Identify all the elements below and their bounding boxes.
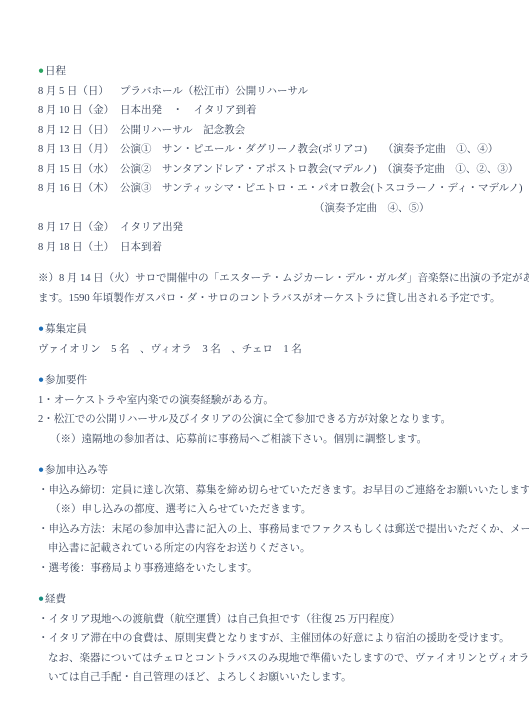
requirements-heading-label: 参加要件 bbox=[45, 375, 87, 386]
expenses-line: ・イタリア滞在中の食費は、原則実費となりますが、主催団体の好意により宿泊の援助を… bbox=[38, 629, 503, 649]
bullet-icon: ● bbox=[38, 320, 44, 340]
section-requirements: ●参加要件 1・オーケストラや室内楽での演奏経験がある方。 2・松江での公開リハ… bbox=[38, 371, 503, 449]
expenses-heading-label: 経費 bbox=[45, 594, 66, 605]
schedule-date: 8 月 12 日（日） bbox=[38, 121, 120, 141]
section-gap bbox=[38, 449, 503, 461]
schedule-event: 公演① サン・ピエール・ダグリーノ教会(ポリアコ) （演奏予定曲 ①、④） bbox=[120, 144, 498, 155]
expenses-line-continuation: いては自己手配・自己管理のほど、よろしくお願いいたします。 bbox=[38, 668, 503, 688]
recruitment-heading-label: 募集定員 bbox=[45, 324, 87, 335]
section-application: ●参加申込み等 ・申込み締切：定員に達し次第、募集を締め切らせていただきます。お… bbox=[38, 461, 503, 578]
requirements-note-line: （※）遠隔地の参加者は、応募前に事務局へご相談下さい。個別に調整します。 bbox=[38, 430, 503, 450]
bullet-icon: ● bbox=[38, 62, 44, 82]
schedule-date: 8 月 10 日（金） bbox=[38, 101, 120, 121]
schedule-heading-label: 日程 bbox=[45, 66, 66, 77]
schedule-event: 日本出発 ・ イタリア到着 bbox=[120, 105, 257, 116]
schedule-heading: ●日程 bbox=[38, 62, 503, 82]
requirements-heading: ●参加要件 bbox=[38, 371, 503, 391]
schedule-row: 8 月 5 日（日）プラバホール（松江市）公開リハーサル bbox=[38, 82, 503, 102]
application-line: ・申込み締切：定員に達し次第、募集を締め切らせていただきます。お早目のご連絡をお… bbox=[38, 481, 503, 501]
schedule-row-continuation: （演奏予定曲 ④、⑤） bbox=[38, 199, 503, 219]
application-heading-label: 参加申込み等 bbox=[45, 465, 108, 476]
application-line-continuation: 申込書に記載されている所定の内容をお送りください。 bbox=[38, 539, 503, 559]
schedule-row: 8 月 18 日（土）日本到着 bbox=[38, 238, 503, 258]
requirements-line: 2・松江での公開リハーサル及びイタリアの公演に全て参加できる方が対象となります。 bbox=[38, 410, 503, 430]
section-expenses: ●経費 ・イタリア現地への渡航費（航空運賃）は自己負担です（往復 25 万円程度… bbox=[38, 590, 503, 688]
schedule-event: プラバホール（松江市）公開リハーサル bbox=[120, 86, 308, 97]
section-gap bbox=[38, 578, 503, 590]
schedule-event: 公開リハーサル 記念教会 bbox=[120, 125, 245, 136]
bullet-icon: ● bbox=[38, 371, 44, 391]
document-page: ●日程 8 月 5 日（日）プラバホール（松江市）公開リハーサル 8 月 10 … bbox=[0, 0, 529, 720]
schedule-event: イタリア出発 bbox=[120, 222, 183, 233]
schedule-row: 8 月 10 日（金）日本出発 ・ イタリア到着 bbox=[38, 101, 503, 121]
schedule-event: （演奏予定曲 ④、⑤） bbox=[314, 203, 430, 214]
schedule-note-line: ます。1590 年頃製作ガスパロ・ダ・サロのコントラバスがオーケストラに貸し出さ… bbox=[38, 289, 503, 309]
application-line: ・申込み方法：末尾の参加申込書に記入の上、事務局までファクスもしくは郵送で提出い… bbox=[38, 520, 503, 540]
recruitment-line: ヴァイオリン 5 名 、ヴィオラ 3 名 、チェロ 1 名 bbox=[38, 340, 503, 360]
requirements-line: 1・オーケストラや室内楽での演奏経験がある方。 bbox=[38, 391, 503, 411]
expenses-heading: ●経費 bbox=[38, 590, 503, 610]
expenses-line-continuation: なお、楽器についてはチェロとコントラバスのみ現地で準備いたしますので、ヴァイオリ… bbox=[38, 649, 503, 669]
schedule-date: 8 月 13 日（月） bbox=[38, 140, 120, 160]
schedule-date: 8 月 5 日（日） bbox=[38, 82, 120, 102]
schedule-date: 8 月 18 日（土） bbox=[38, 238, 120, 258]
schedule-event: 日本到着 bbox=[120, 242, 162, 253]
bullet-icon: ● bbox=[38, 590, 44, 610]
schedule-row: 8 月 13 日（月）公演① サン・ピエール・ダグリーノ教会(ポリアコ) （演奏… bbox=[38, 140, 503, 160]
section-schedule: ●日程 8 月 5 日（日）プラバホール（松江市）公開リハーサル 8 月 10 … bbox=[38, 62, 503, 308]
schedule-note-line: ※）8 月 14 日（火）サロで開催中の「エスターテ・ムジカーレ・デル・ガルダ」… bbox=[38, 269, 503, 289]
schedule-row: 8 月 17 日（金）イタリア出発 bbox=[38, 218, 503, 238]
schedule-event: 公演② サンタアンドレア・アポストロ教会(マデルノ) （演奏予定曲 ①、②、③） bbox=[120, 164, 518, 175]
application-note-line: （※）申し込みの都度、選考に入らせていただきます。 bbox=[38, 500, 503, 520]
recruitment-heading: ●募集定員 bbox=[38, 320, 503, 340]
schedule-row: 8 月 15 日（水）公演② サンタアンドレア・アポストロ教会(マデルノ) （演… bbox=[38, 160, 503, 180]
bullet-icon: ● bbox=[38, 461, 44, 481]
expenses-line: ・イタリア現地への渡航費（航空運賃）は自己負担です（往復 25 万円程度） bbox=[38, 610, 503, 630]
application-line: ・選考後：事務局より事務連絡をいたします。 bbox=[38, 559, 503, 579]
section-gap bbox=[38, 359, 503, 371]
schedule-date: 8 月 16 日（木） bbox=[38, 179, 120, 199]
application-heading: ●参加申込み等 bbox=[38, 461, 503, 481]
section-recruitment: ●募集定員 ヴァイオリン 5 名 、ヴィオラ 3 名 、チェロ 1 名 bbox=[38, 320, 503, 359]
section-gap bbox=[38, 257, 503, 269]
schedule-date: 8 月 17 日（金） bbox=[38, 218, 120, 238]
schedule-date: 8 月 15 日（水） bbox=[38, 160, 120, 180]
schedule-row: 8 月 16 日（木）公演③ サンティッシマ・ピエトロ・エ・パオロ教会(トスコラ… bbox=[38, 179, 503, 199]
schedule-row: 8 月 12 日（日）公開リハーサル 記念教会 bbox=[38, 121, 503, 141]
section-gap bbox=[38, 308, 503, 320]
schedule-event: 公演③ サンティッシマ・ピエトロ・エ・パオロ教会(トスコラーノ・ディ・マデルノ) bbox=[120, 183, 523, 194]
